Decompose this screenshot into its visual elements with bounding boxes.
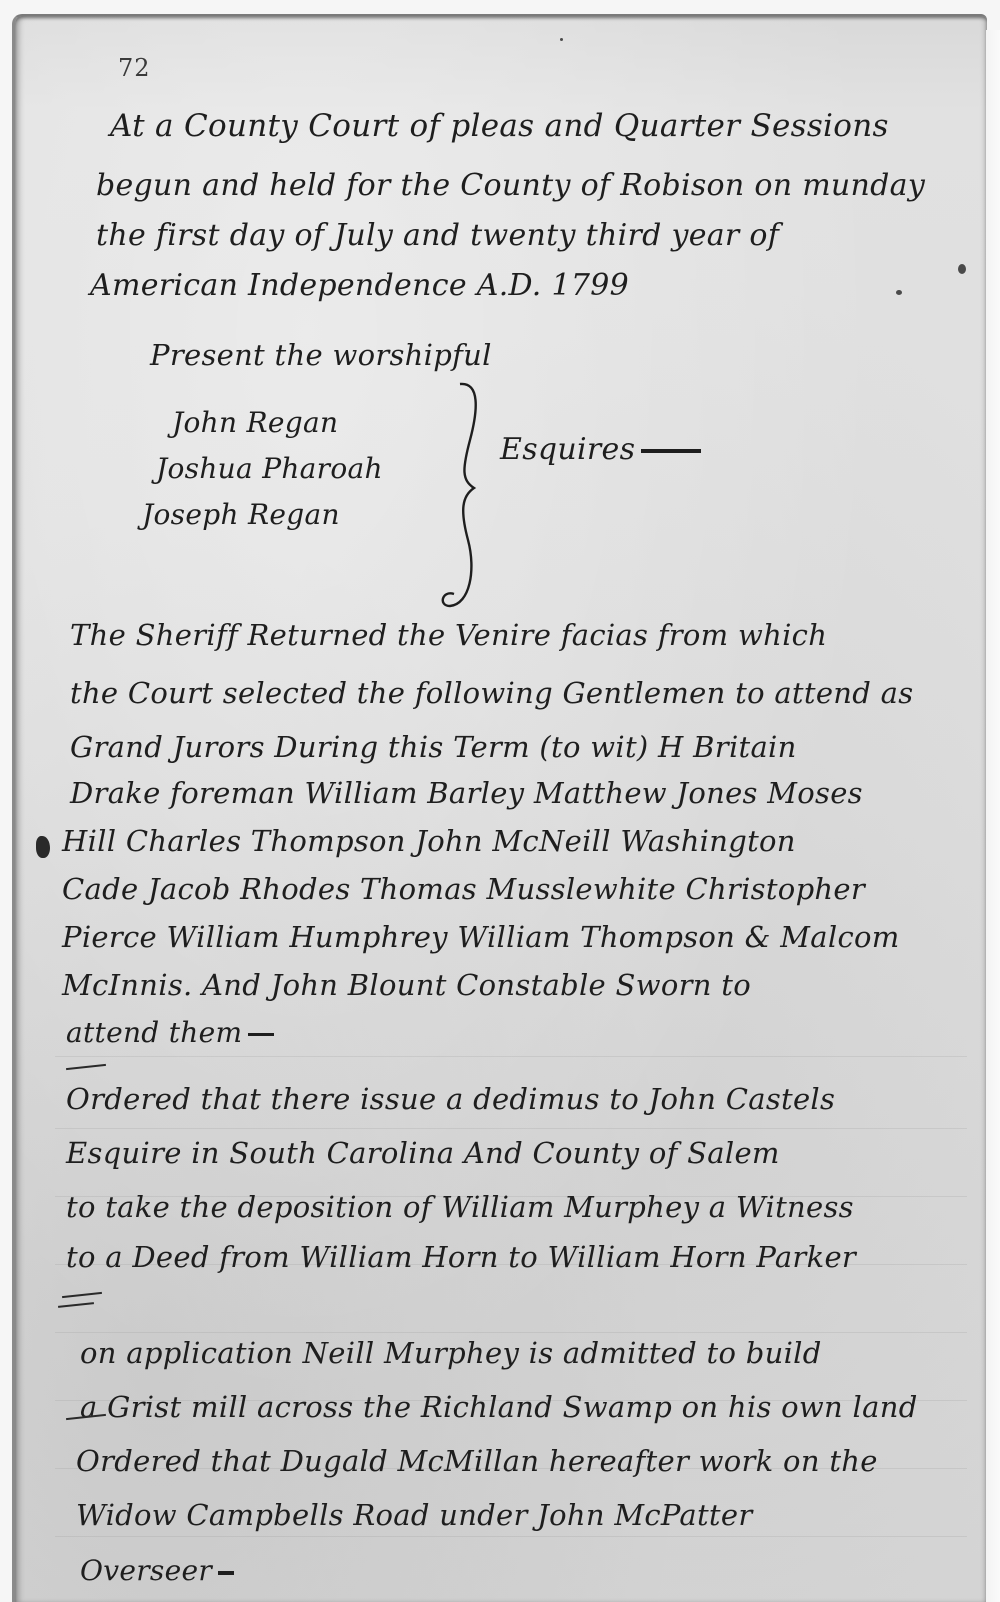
text-line: Overseer [80,1554,234,1587]
text-line: Ordered that there issue a dedimus to Jo… [66,1082,835,1116]
text-line: the Court selected the following Gentlem… [70,676,913,710]
ruled-line [55,1056,967,1057]
text-line: Drake foreman William Barley Matthew Jon… [70,776,863,810]
text-fragment: attend them [66,1016,242,1049]
text-line: Ordered that Dugald McMillan hereafter w… [76,1444,878,1478]
text-line: a Grist mill across the Richland Swamp o… [80,1390,918,1424]
text-line: to take the deposition of William Murphe… [66,1190,854,1224]
esquires-label: Esquires [500,432,635,467]
text-line: attend them [66,1016,274,1049]
text-line: Widow Campbells Road under John McPatter [76,1498,753,1532]
text-line: Esquire in South Carolina And County of … [66,1136,780,1170]
page-number: 72 [118,54,151,82]
ruled-line [55,1128,967,1129]
text-line: The Sheriff Returned the Venire facias f… [70,618,827,652]
dash-mark [641,449,701,453]
text-line: to a Deed from William Horn to William H… [66,1240,856,1274]
text-line: Pierce William Humphrey William Thompson… [62,920,900,954]
heading-line: At a County Court of pleas and Quarter S… [110,108,889,144]
justice-name: Joshua Pharoah [156,452,383,485]
page-edge [986,30,1000,1602]
justice-name: John Regan [172,406,338,439]
paper-speck [560,38,563,41]
justices-title: Esquires [500,432,701,467]
heading-line: begun and held for the County of Robison… [96,168,925,203]
ruled-line [55,1332,967,1333]
dash-mark [218,1571,234,1575]
text-line: McInnis. And John Blount Constable Sworn… [62,968,751,1002]
text-line: Grand Jurors During this Term (to wit) H… [70,730,797,764]
document-scan: 72 At a County Court of pleas and Quarte… [0,0,1000,1602]
paper-speck [958,264,966,274]
heading-line: American Independence A.D. 1799 [90,268,629,303]
dash-mark [248,1033,274,1036]
text-line: on application Neill Murphey is admitted… [80,1336,822,1370]
curly-brace-icon [440,380,500,610]
heading-line: the first day of July and twenty third y… [96,218,779,253]
text-fragment: Overseer [80,1554,212,1587]
text-line: Cade Jacob Rhodes Thomas Musslewhite Chr… [62,872,865,906]
text-line: Hill Charles Thompson John McNeill Washi… [62,824,796,858]
present-line: Present the worshipful [150,338,492,372]
ink-blot [36,836,50,858]
justice-name: Joseph Regan [142,498,340,531]
ruled-line [55,1536,967,1537]
paper-speck [896,290,902,295]
